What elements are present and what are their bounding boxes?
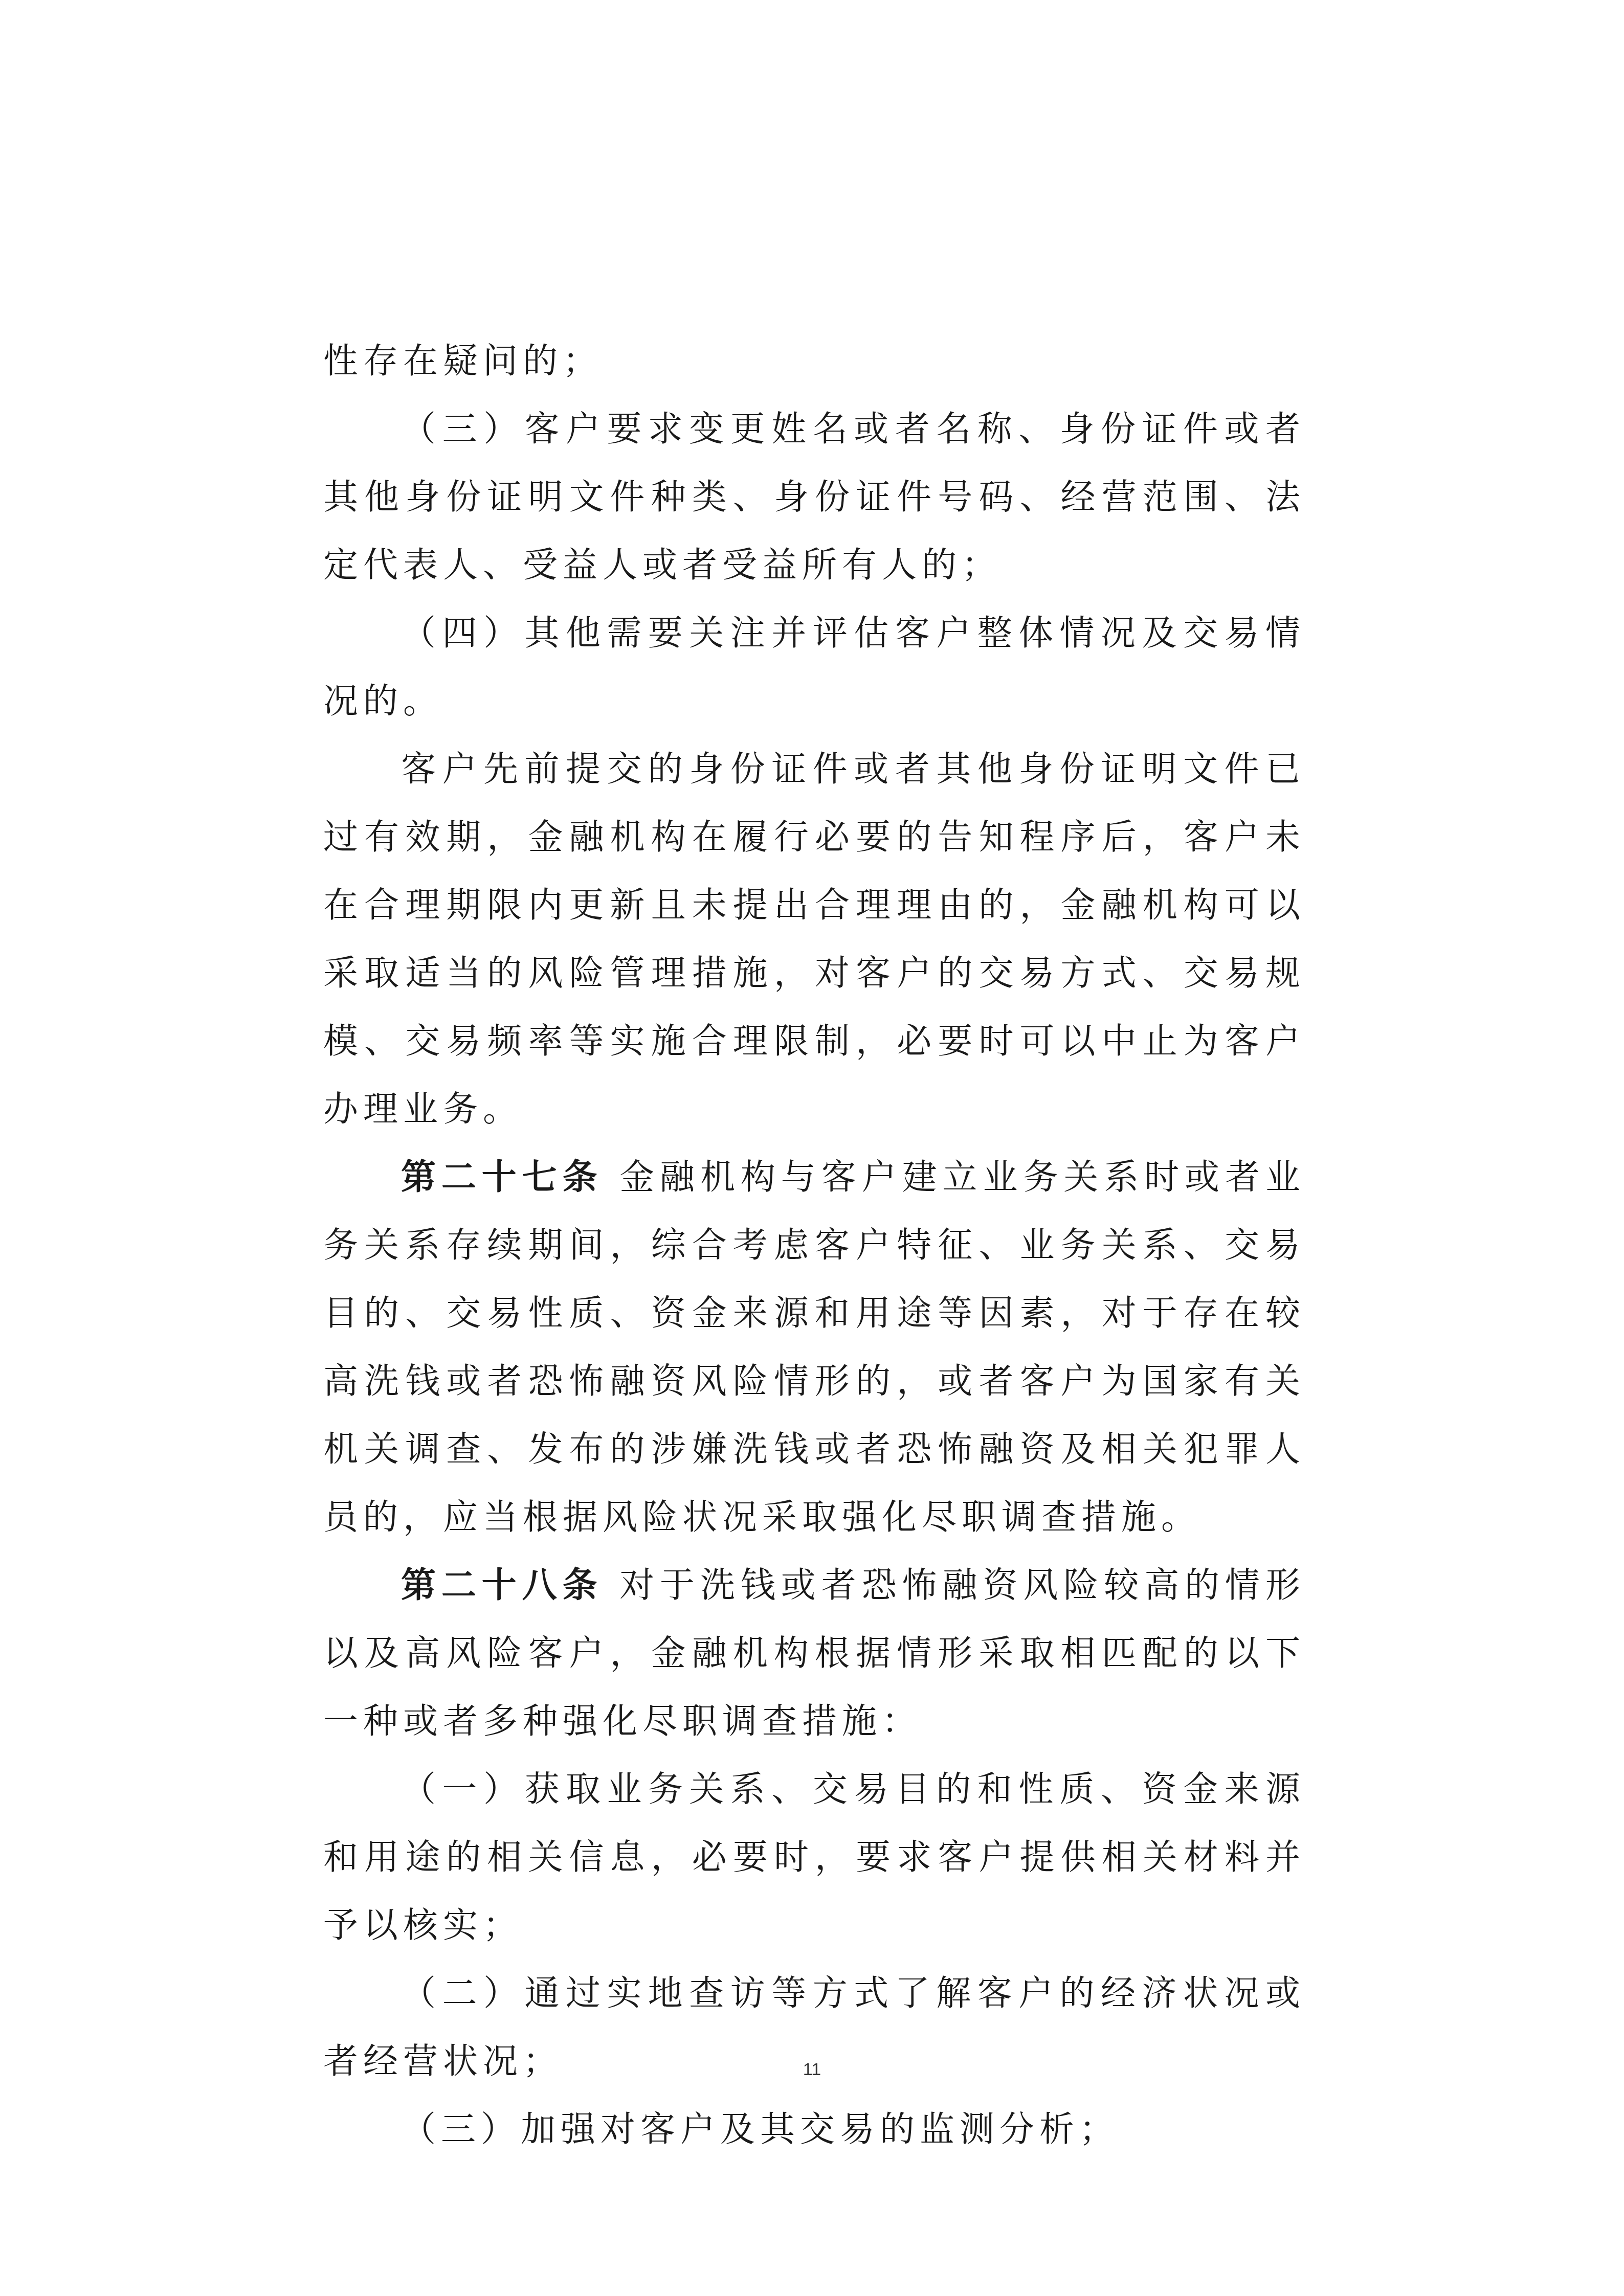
document-body: 性存在疑问的； （三）客户要求变更姓名或者名称、身份证件或者其他身份证明文件种类…	[323, 327, 1305, 2164]
article-27-heading: 第二十七条	[401, 1157, 603, 1198]
article-28: 第二十八条 对于洗钱或者恐怖融资风险较高的情形以及高风险客户，金融机构根据情形采…	[323, 1551, 1305, 1755]
paragraph-expired-id: 客户先前提交的身份证件或者其他身份证明文件已过有效期，金融机构在履行必要的告知程…	[323, 735, 1305, 1143]
article-28-heading: 第二十八条	[401, 1565, 603, 1606]
measure-item-1: （一）获取业务关系、交易目的和性质、资金来源和用途的相关信息，必要时，要求客户提…	[323, 1755, 1305, 1960]
measure-item-3: （三）加强对客户及其交易的监测分析；	[323, 2096, 1305, 2164]
document-page: 性存在疑问的； （三）客户要求变更姓名或者名称、身份证件或者其他身份证明文件种类…	[0, 0, 1624, 2296]
list-item-3: （三）客户要求变更姓名或者名称、身份证件或者其他身份证明文件种类、身份证件号码、…	[323, 395, 1305, 599]
page-number: 11	[0, 2060, 1624, 2080]
list-item-4: （四）其他需要关注并评估客户整体情况及交易情况的。	[323, 599, 1305, 735]
article-27: 第二十七条 金融机构与客户建立业务关系时或者业务关系存续期间，综合考虑客户特征、…	[323, 1143, 1305, 1551]
article-27-text: 金融机构与客户建立业务关系时或者业务关系存续期间，综合考虑客户特征、业务关系、交…	[323, 1157, 1305, 1538]
paragraph-continuation: 性存在疑问的；	[323, 327, 1305, 395]
